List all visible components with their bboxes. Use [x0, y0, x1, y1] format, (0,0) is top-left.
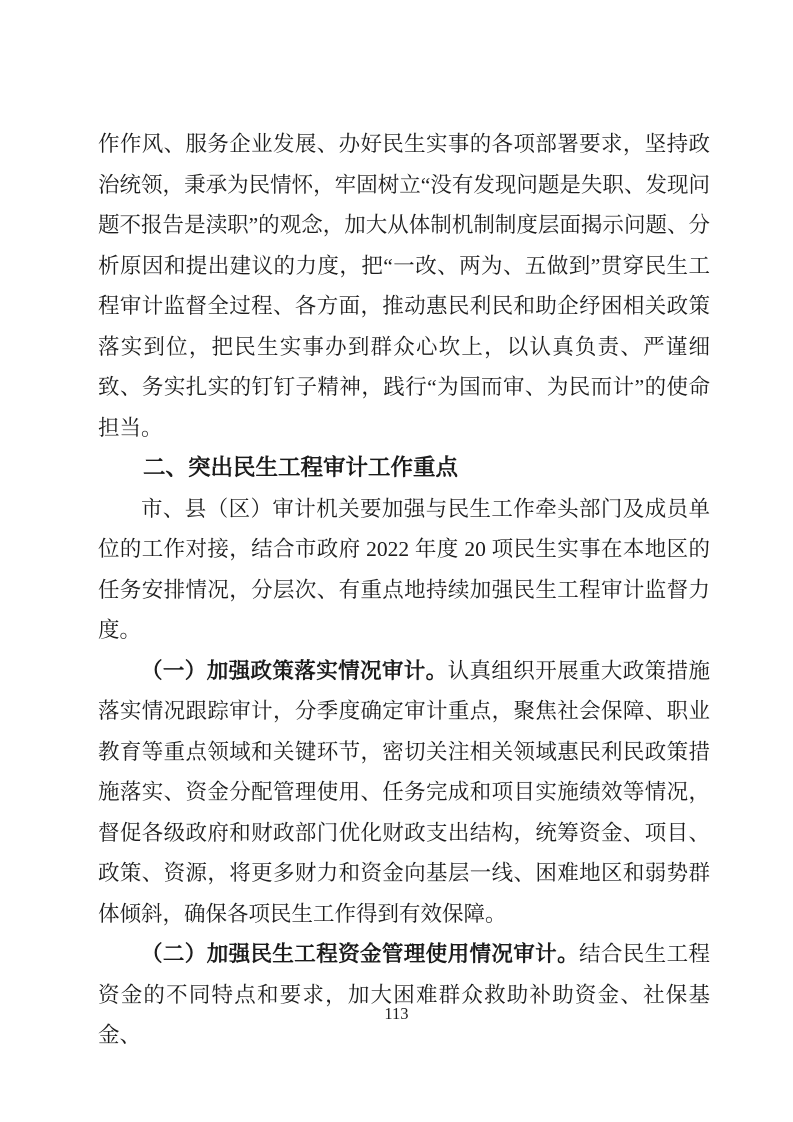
item-1-body: 认真组织开展重大政策措施落实情况跟踪审计，分季度确定审计重点，聚焦社会保障、职业… [98, 659, 710, 926]
page-number: 113 [0, 1003, 793, 1025]
document-page: 作作风、服务企业发展、办好民生实事的各项部署要求，坚持政治统领，秉承为民情怀，牢… [0, 0, 793, 1122]
paragraph-item-2: （二）加强民生工程资金管理使用情况审计。结合民生工程资金的不同特点和要求，加大困… [98, 934, 710, 1056]
paragraph-item-1: （一）加强政策落实情况审计。认真组织开展重大政策措施落实情况跟踪审计，分季度确定… [98, 651, 710, 935]
item-2-lead: （二）加强民生工程资金管理使用情况审计。 [141, 942, 579, 966]
paragraph-section-intro: 市、县（区）审计机关要加强与民生工作牵头部门及成员单位的工作对接，结合市政府 2… [98, 489, 710, 651]
paragraph-continuation: 作作风、服务企业发展、办好民生实事的各项部署要求，坚持政治统领，秉承为民情怀，牢… [98, 124, 710, 448]
section-heading: 二、突出民生工程审计工作重点 [98, 448, 710, 489]
item-1-lead: （一）加强政策落实情况审计。 [141, 659, 448, 683]
page-body: 作作风、服务企业发展、办好民生实事的各项部署要求，坚持政治统领，秉承为民情怀，牢… [98, 124, 710, 1056]
